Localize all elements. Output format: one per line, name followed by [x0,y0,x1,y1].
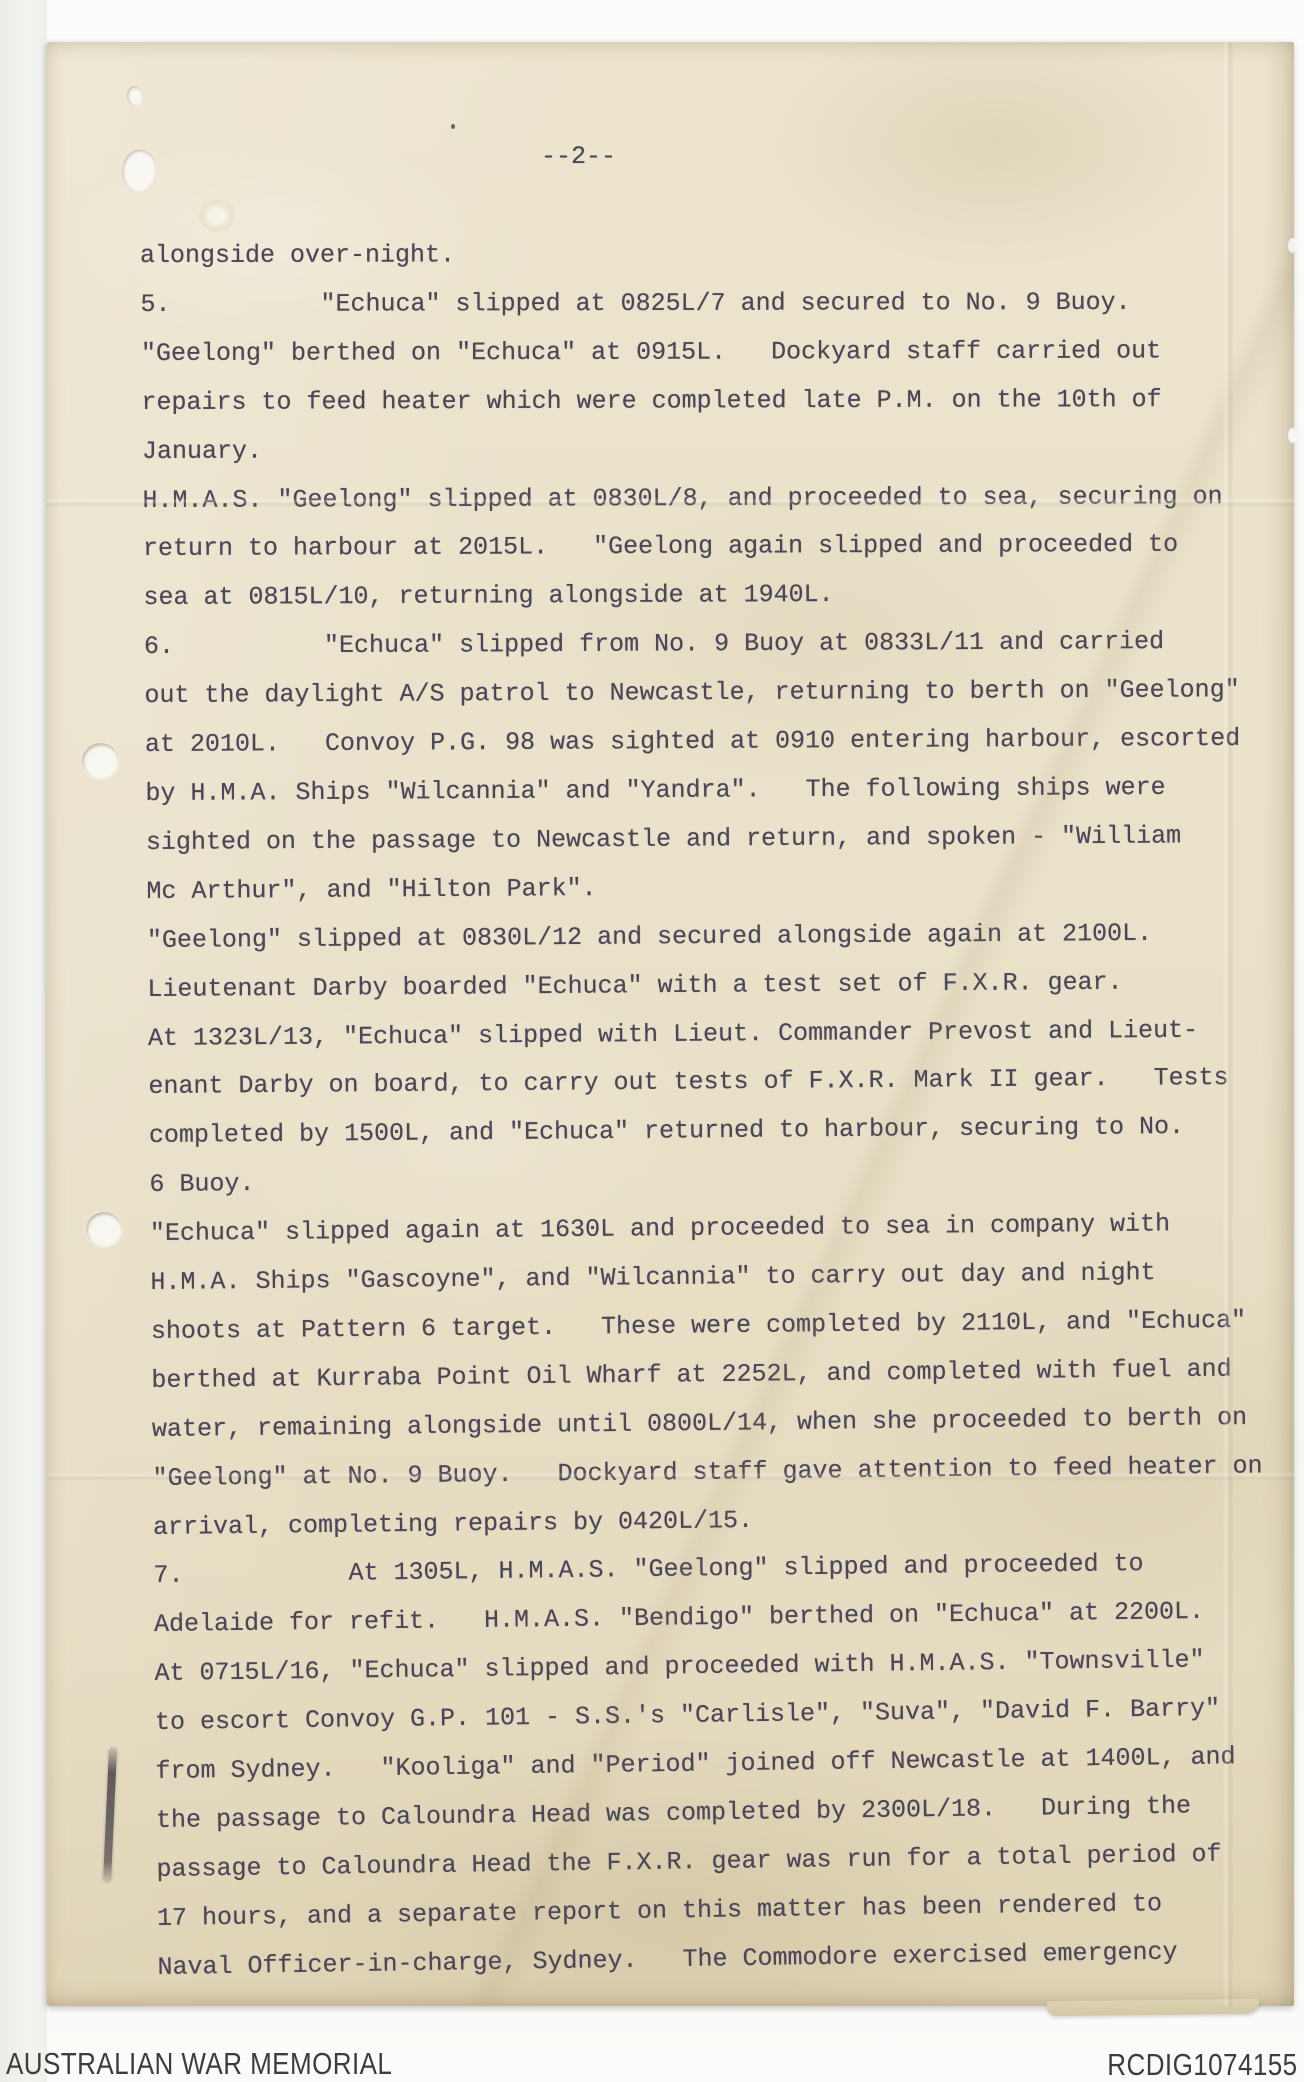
typed-line: 6. "Echuca" slipped from No. 9 Buoy at 0… [144,618,1298,672]
paper-scuff [199,200,235,232]
typed-line: repairs to feed heater which were comple… [141,375,1295,427]
page-number: --2-- [541,142,616,171]
scanner-edge-strip [0,0,47,2082]
scan-background: --2-- alongside over-night.5. "Echuca" s… [0,0,1304,2082]
torn-bottom-edge [1047,1999,1259,2017]
ink-speck [451,124,455,129]
typed-line: "Geelong" berthed on "Echuca" at 0915L. … [141,327,1295,379]
typed-line: sighted on the passage to Newcastle and … [146,812,1300,868]
typed-line: by H.M.A. Ships "Wilcannia" and "Yandra"… [145,763,1299,819]
punch-hole [86,1212,122,1247]
document-page: --2-- alongside over-night.5. "Echuca" s… [47,42,1294,2006]
typed-line: alongside over-night. [140,230,1294,281]
typed-line: H.M.A.S. "Geelong" slipped at 0830L/8, a… [142,472,1296,525]
edge-notch [1288,428,1297,443]
footer-bar: AUSTRALIAN WAR MEMORIAL RCDIG1074155 [0,2040,1304,2082]
archive-name: AUSTRALIAN WAR MEMORIAL [6,2046,392,2082]
typed-line: at 2010L. Convoy P.G. 98 was sighted at … [145,715,1299,770]
typed-line: Lieutenant Darby boarded "Echuca" with a… [147,957,1301,1015]
typed-line: sea at 0815L/10, returning alongside at … [143,569,1297,623]
punch-hole [82,743,119,779]
edge-notch [1288,238,1297,253]
typed-line: January. [142,424,1296,477]
paper-tear [117,147,160,196]
reference-id: RCDIG1074155 [1108,2047,1298,2082]
typed-line: Mc Arthur", and "Hilton Park". [146,860,1300,917]
typed-line: "Geelong" slipped at 0830L/12 and secure… [147,908,1301,965]
typed-line: 5. "Echuca" slipped at 0825L/7 and secur… [140,278,1294,329]
paper-tear [127,86,143,106]
typed-text-block: alongside over-night.5. "Echuca" slipped… [47,232,1294,1993]
typed-line: out the daylight A/S patrol to Newcastle… [144,666,1298,721]
typed-line: return to harbour at 2015L. "Geelong aga… [143,521,1297,575]
